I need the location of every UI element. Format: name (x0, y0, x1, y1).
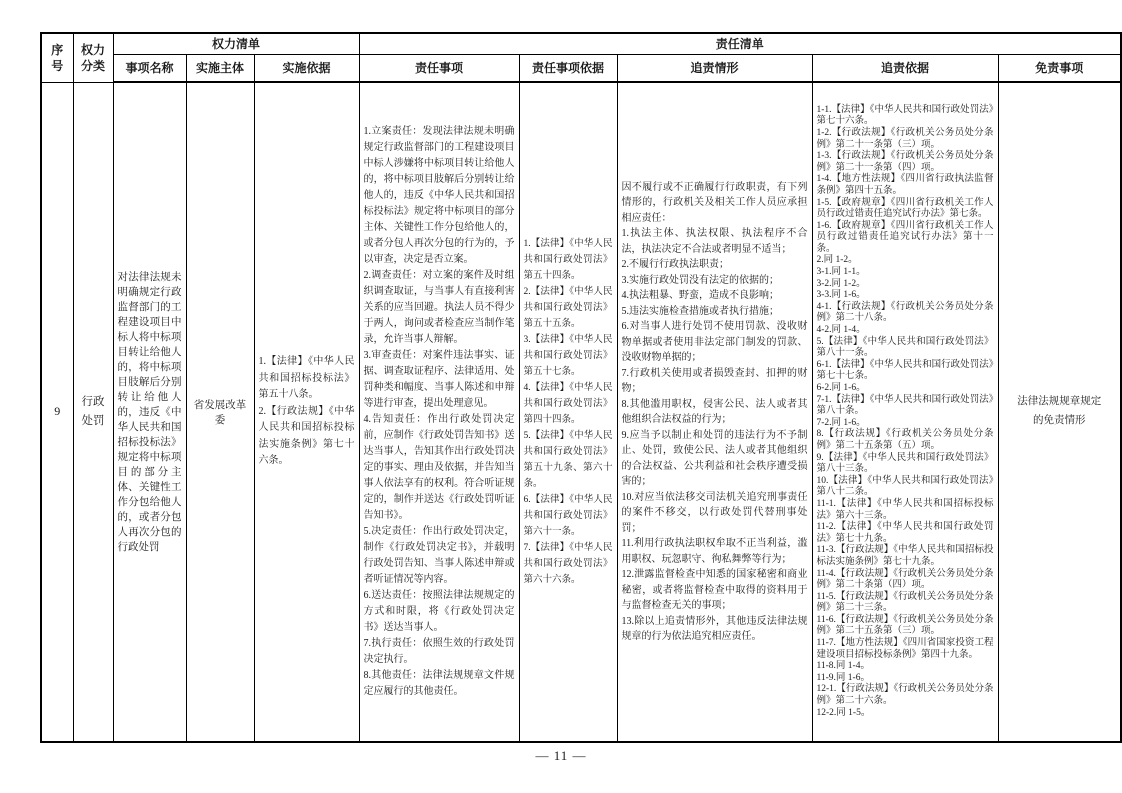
cell-liability-basis: 1-1.【法律】《中华人民共和国行政处罚法》第七十六条。 1-2.【行政法规】《… (812, 82, 998, 742)
header-liability-basis: 追责依据 (812, 55, 998, 83)
header-duty-item-basis: 责任事项依据 (519, 55, 617, 83)
cell-exemption: 法律法规规章规定 的免责情形 (998, 82, 1121, 742)
cell-impl-basis: 1.【法律】《中华人民共和国招标投标法》第五十八条。 2.【行政法规】《中华人民… (254, 82, 359, 742)
table-header: 序 号 权力 分类 权力清单 责任清单 事项名称 实施主体 实施依据 责任事项 … (41, 33, 1121, 82)
document-page: 序 号 权力 分类 权力清单 责任清单 事项名称 实施主体 实施依据 责任事项 … (0, 0, 1122, 793)
cell-seq-number: 9 (41, 82, 73, 742)
cell-impl-subject: 省发展改革委 (186, 82, 254, 742)
header-duty-item: 责任事项 (359, 55, 519, 83)
header-exemption: 免责事项 (998, 55, 1121, 83)
table-row: 9 行政 处罚 对法律法规未明确规定行政监督部门的工程建设项目中标人将中标项目转… (41, 82, 1121, 742)
header-column-row: 事项名称 实施主体 实施依据 责任事项 责任事项依据 追责情形 追责依据 免责事… (41, 55, 1121, 83)
header-liability-situation: 追责情形 (617, 55, 812, 83)
header-impl-subject: 实施主体 (186, 55, 254, 83)
cell-liability-situation: 因不履行或不正确履行行政职责，有下列情形的，行政机关及相关工作人员应承担相应责任… (617, 82, 812, 742)
cell-item-name: 对法律法规未明确规定行政监督部门的工程建设项目中标人将中标项目转让给他人的，将中… (113, 82, 186, 742)
power-duty-list-table: 序 号 权力 分类 权力清单 责任清单 事项名称 实施主体 实施依据 责任事项 … (40, 32, 1122, 743)
header-group-row: 序 号 权力 分类 权力清单 责任清单 (41, 33, 1121, 55)
header-seq: 序 号 (41, 33, 73, 82)
header-item-name: 事项名称 (113, 55, 186, 83)
header-power-class: 权力 分类 (73, 33, 113, 82)
header-group-duty-list: 责任清单 (359, 33, 1121, 55)
header-group-power-list: 权力清单 (113, 33, 359, 55)
cell-duty-item-basis: 1.【法律】《中华人民共和国行政处罚法》第五十四条。 2.【法律】《中华人民共和… (519, 82, 617, 742)
cell-duty-item: 1.立案责任：发现法律法规未明确规定行政监督部门的工程建设项目中标人涉嫌将中标项… (359, 82, 519, 742)
page-number: — 11 — (0, 748, 1122, 764)
cell-power-class: 行政 处罚 (73, 82, 113, 742)
header-impl-basis: 实施依据 (254, 55, 359, 83)
